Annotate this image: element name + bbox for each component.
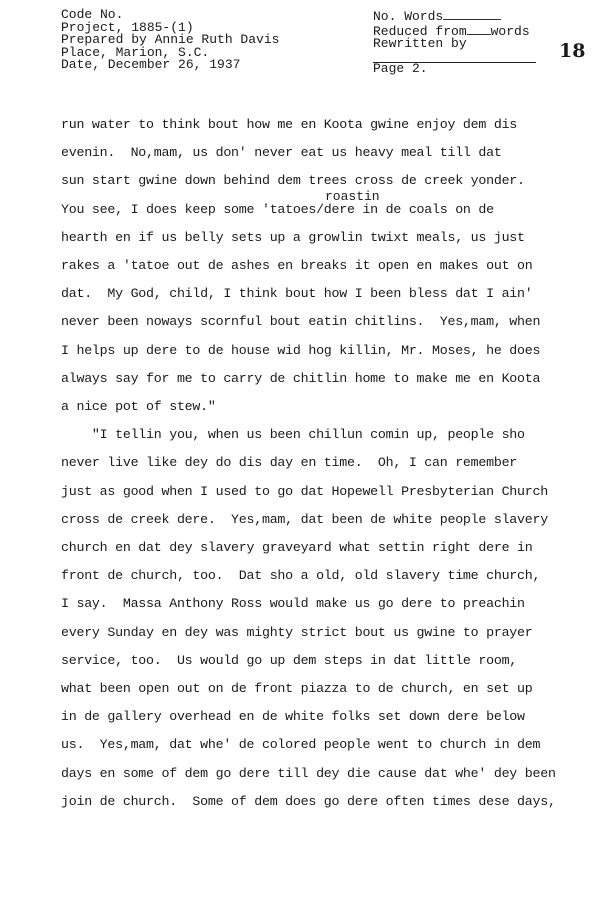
text-line: service, too. Us would go up dem steps i… [61,654,517,668]
text-line: front de church, too. Dat sho a old, old… [61,569,540,583]
text-line: cross de creek dere. Yes,mam, dat been d… [61,513,548,527]
date: Date, December 26, 1937 [61,59,279,72]
text-line: sun start gwine down behind dem trees cr… [61,174,525,188]
text-line: dat. My God, child, I think bout how I b… [61,287,533,301]
text-line: in de gallery overhead en de white folks… [61,710,525,724]
no-words-label: No. Words [373,9,443,24]
text-line: church en dat dey slavery graveyard what… [61,541,533,555]
text-line: never live like dey do dis day en time. … [61,456,517,470]
text-line: You see, I does keep some 'tatoes/dere i… [61,203,494,217]
text-line: "I tellin you, when us been chillun comi… [61,428,525,442]
text-line: never been noways scornful bout eatin ch… [61,315,540,329]
text-line: days en some of dem go dere till dey die… [61,767,556,781]
rewritten-by-label: Rewritten by [373,36,467,51]
text-line: what been open out on de front piazza to… [61,682,533,696]
reduced-words-label: words [491,24,530,39]
text-line: a nice pot of stew." [61,400,216,414]
text-line: evenin. No,mam, us don' never eat us hea… [61,146,502,160]
reduced-from-blank [467,24,491,35]
header-right-block: No. Words Reduced fromwords Rewritten by [373,9,530,51]
text-line: every Sunday en dey was mighty strict bo… [61,626,533,640]
text-line: us. Yes,mam, dat whe' de colored people … [61,738,540,752]
text-line: just as good when I used to go dat Hopew… [61,485,548,499]
header-left-block: Code No. Project, 1885-(1) Prepared by A… [61,9,279,72]
text-line: rakes a 'tatoe out de ashes en breaks it… [61,259,533,273]
page-number: 18 [559,40,585,62]
text-line: I helps up dere to de house wid hog kill… [61,344,540,358]
no-words-blank [443,9,501,20]
text-line: hearth en if us belly sets up a growlin … [61,231,525,245]
page-label: Page 2. [373,63,428,76]
text-line: run water to think bout how me en Koota … [61,118,517,132]
text-line: join de church. Some of dem does go dere… [61,795,556,809]
text-line: always say for me to carry de chitlin ho… [61,372,540,386]
text-line: I say. Massa Anthony Ross would make us … [61,597,525,611]
